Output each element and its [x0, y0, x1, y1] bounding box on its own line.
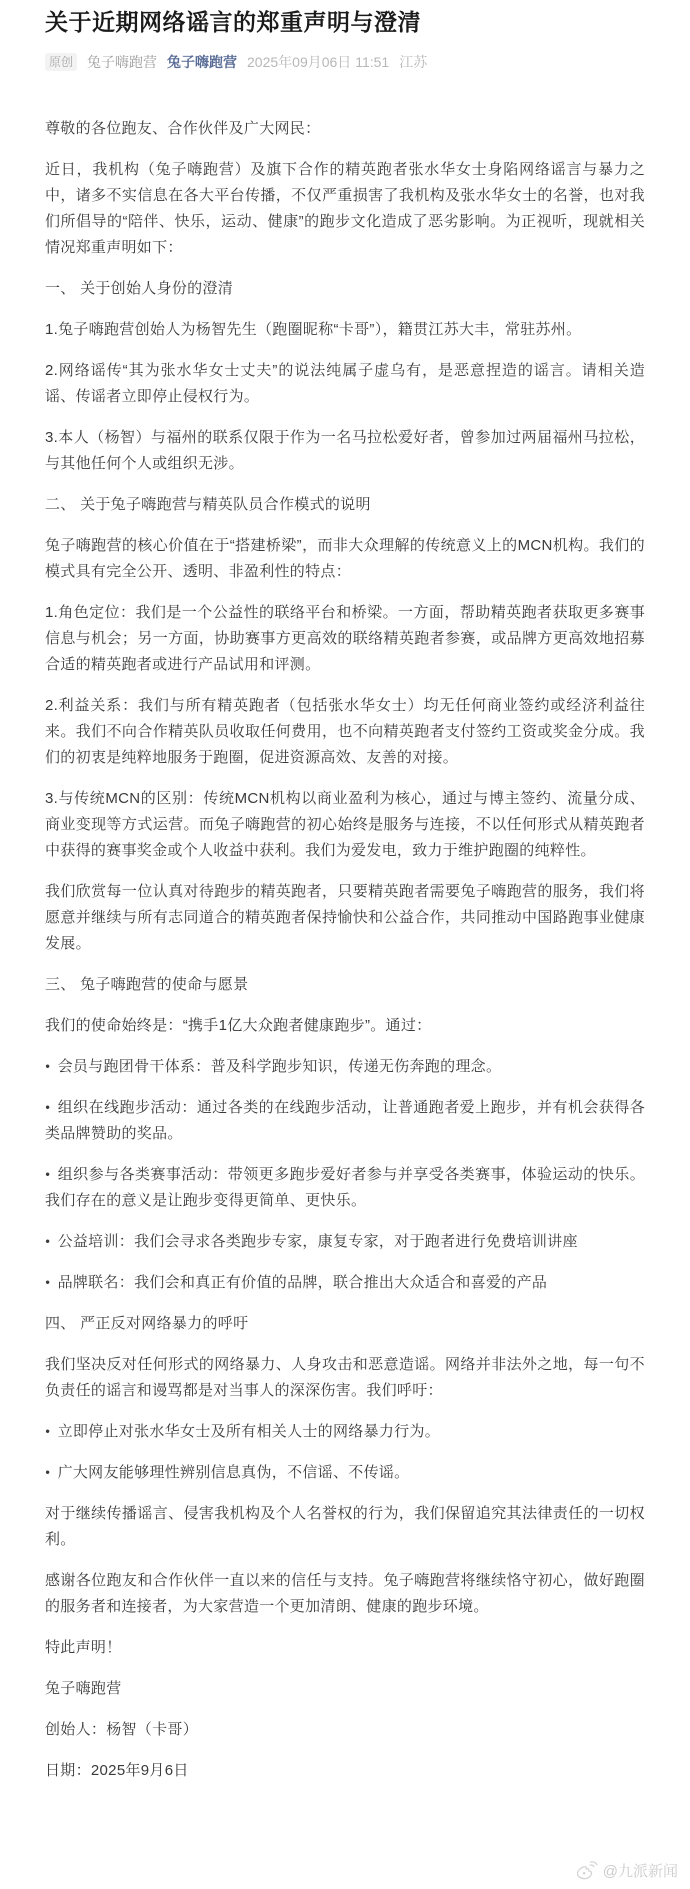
bullet-text: 组织参与各类赛事活动：带领更多跑步爱好者参与并享受各类赛事，体验运动的快乐。我们… [45, 1166, 645, 1209]
paragraph: 1.角色定位：我们是一个公益性的联络平台和桥梁。一方面，帮助精英跑者获取更多赛事… [45, 600, 645, 678]
bullet-item: •组织参与各类赛事活动：带领更多跑步爱好者参与并享受各类赛事，体验运动的快乐。我… [45, 1162, 645, 1214]
paragraph: 兔子嗨跑营的核心价值在于“搭建桥梁”，而非大众理解的传统意义上的MCN机构。我们… [45, 533, 645, 585]
article-page: 关于近期网络谣言的郑重声明与澄清 原创 兔子嗨跑营 兔子嗨跑营 2025年09月… [0, 0, 690, 1844]
original-badge: 原创 [45, 53, 77, 71]
bullet-item: •公益培训：我们会寻求各类跑步专家，康复专家，对于跑者进行免费培训讲座 [45, 1229, 645, 1255]
bullet-item: •广大网友能够理性辨别信息真伪，不信谣、不传谣。 [45, 1460, 645, 1486]
bullet-item: •品牌联名：我们会和真正有价值的品牌，联合推出大众适合和喜爱的产品 [45, 1270, 645, 1296]
bullet-dot-icon: • [45, 1056, 50, 1078]
paragraph: 日期：2025年9月6日 [45, 1758, 645, 1784]
bullet-dot-icon: • [45, 1421, 50, 1443]
bullet-text: 立即停止对张水华女士及所有相关人士的网络暴力行为。 [58, 1423, 441, 1440]
paragraph: 3.本人（杨智）与福州的联系仅限于作为一名马拉松爱好者，曾参加过两届福州马拉松，… [45, 425, 645, 477]
article-body: 尊敬的各位跑友、合作伙伴及广大网民：近日，我机构（兔子嗨跑营）及旗下合作的精英跑… [45, 116, 645, 1784]
section-heading: 三、 兔子嗨跑营的使命与愿景 [45, 972, 645, 998]
paragraph: 我们欣赏每一位认真对待跑步的精英跑者，只要精英跑者需要兔子嗨跑营的服务，我们将愿… [45, 879, 645, 957]
article-meta: 原创 兔子嗨跑营 兔子嗨跑营 2025年09月06日 11:51 江苏 [45, 52, 645, 72]
section-heading: 二、 关于兔子嗨跑营与精英队员合作模式的说明 [45, 492, 645, 518]
account-link[interactable]: 兔子嗨跑营 [167, 52, 237, 72]
bullet-text: 广大网友能够理性辨别信息真伪，不信谣、不传谣。 [58, 1464, 410, 1481]
paragraph: 尊敬的各位跑友、合作伙伴及广大网民： [45, 116, 645, 142]
publish-location: 江苏 [399, 52, 427, 72]
section-heading: 四、 严正反对网络暴力的呼吁 [45, 1311, 645, 1337]
publish-datetime: 2025年09月06日 11:51 [247, 52, 389, 72]
bullet-item: •立即停止对张水华女士及所有相关人士的网络暴力行为。 [45, 1419, 645, 1445]
paragraph: 我们的使命始终是：“携手1亿大众跑者健康跑步”。通过： [45, 1013, 645, 1039]
bullet-dot-icon: • [45, 1231, 50, 1253]
bullet-dot-icon: • [45, 1272, 50, 1294]
article-title: 关于近期网络谣言的郑重声明与澄清 [45, 6, 645, 39]
paragraph: 对于继续传播谣言、侵害我机构及个人名誉权的行为，我们保留追究其法律责任的一切权利… [45, 1501, 645, 1553]
bullet-dot-icon: • [45, 1097, 50, 1119]
paragraph: 1.兔子嗨跑营创始人为杨智先生（跑圈昵称“卡哥”），籍贯江苏大丰，常驻苏州。 [45, 317, 645, 343]
weibo-icon [576, 1861, 598, 1880]
bullet-dot-icon: • [45, 1164, 50, 1186]
paragraph: 近日，我机构（兔子嗨跑营）及旗下合作的精英跑者张水华女士身陷网络谣言与暴力之中，… [45, 157, 645, 261]
bullet-item: •组织在线跑步活动：通过各类的在线跑步活动，让普通跑者爱上跑步，并有机会获得各类… [45, 1095, 645, 1147]
bullet-dot-icon: • [45, 1462, 50, 1484]
bullet-item: •会员与跑团骨干体系：普及科学跑步知识，传递无伤奔跑的理念。 [45, 1054, 645, 1080]
bullet-text: 品牌联名：我们会和真正有价值的品牌，联合推出大众适合和喜爱的产品 [58, 1274, 548, 1291]
paragraph: 兔子嗨跑营 [45, 1676, 645, 1702]
author-name: 兔子嗨跑营 [87, 52, 157, 72]
bullet-text: 会员与跑团骨干体系：普及科学跑步知识，传递无伤奔跑的理念。 [58, 1058, 502, 1075]
paragraph: 3.与传统MCN的区别：传统MCN机构以商业盈利为核心，通过与博主签约、流量分成… [45, 786, 645, 864]
bullet-text: 公益培训：我们会寻求各类跑步专家，康复专家，对于跑者进行免费培训讲座 [58, 1233, 578, 1250]
section-heading: 一、 关于创始人身份的澄清 [45, 276, 645, 302]
paragraph: 我们坚决反对任何形式的网络暴力、人身攻击和恶意造谣。网络并非法外之地，每一句不负… [45, 1352, 645, 1404]
paragraph: 2.网络谣传“其为张水华女士丈夫”的说法纯属子虚乌有，是恶意捏造的谣言。请相关造… [45, 358, 645, 410]
paragraph: 感谢各位跑友和合作伙伴一直以来的信任与支持。兔子嗨跑营将继续恪守初心，做好跑圈的… [45, 1568, 645, 1620]
watermark-handle: @九派新闻 [603, 1860, 678, 1881]
paragraph: 特此声明！ [45, 1635, 645, 1661]
paragraph: 2.利益关系：我们与所有精英跑者（包括张水华女士）均无任何商业签约或经济利益往来… [45, 693, 645, 771]
bullet-text: 组织在线跑步活动：通过各类的在线跑步活动，让普通跑者爱上跑步，并有机会获得各类品… [45, 1099, 645, 1142]
news-watermark: @九派新闻 [576, 1860, 678, 1881]
paragraph: 创始人：杨智（卡哥） [45, 1717, 645, 1743]
